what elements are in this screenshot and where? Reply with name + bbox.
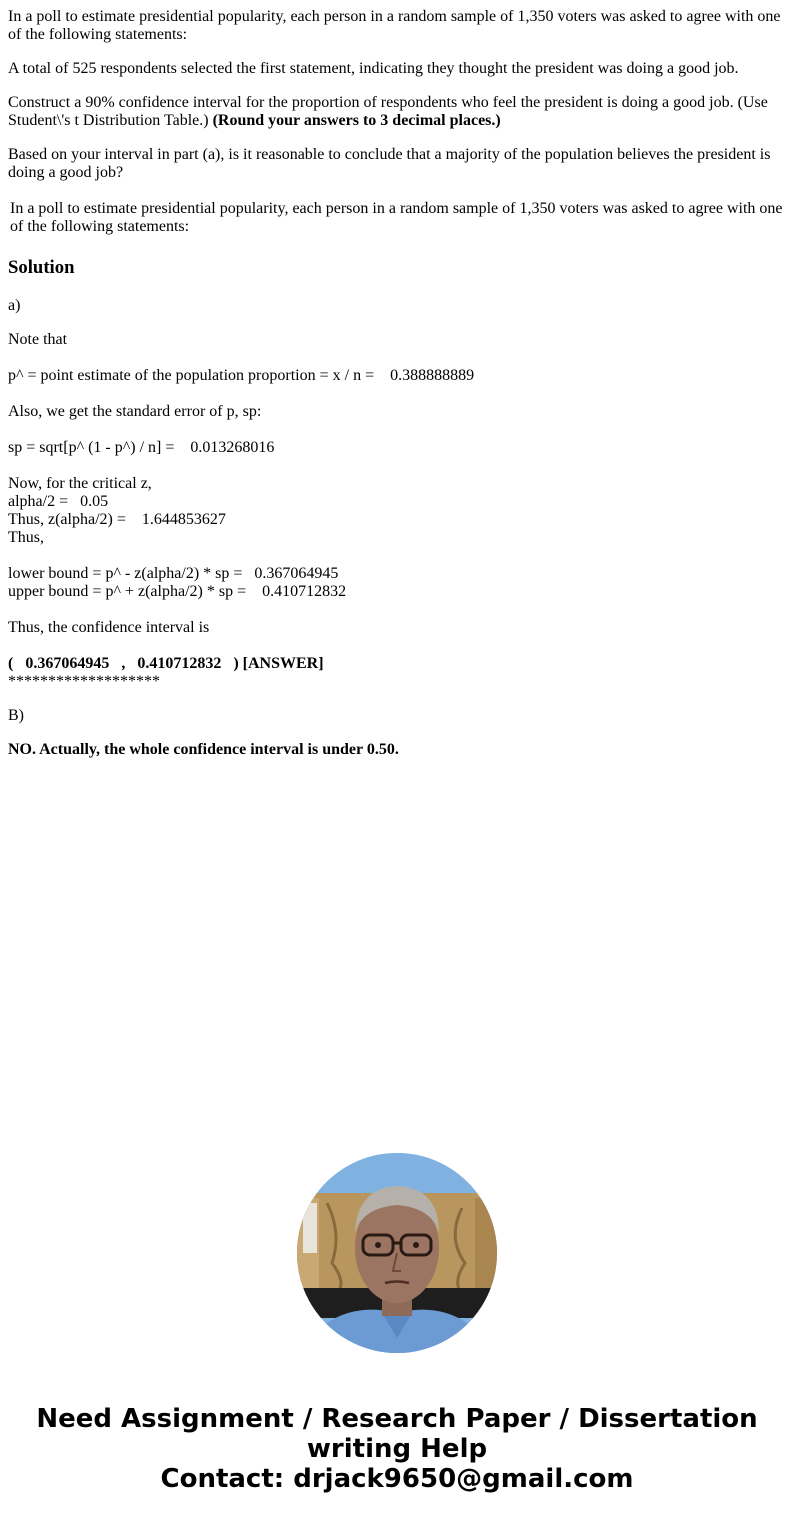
standard-error-formula: sp = sqrt[p^ (1 - p^) / n] = 0.013268016 — [8, 439, 274, 457]
promo-contact-email: Contact: drjack9650@gmail.com — [0, 1464, 794, 1494]
ci-intro: Thus, the confidence interval is — [8, 619, 209, 637]
question-intro: In a poll to estimate presidential popul… — [8, 8, 786, 44]
separator-stars: ******************* — [8, 673, 160, 691]
upper-bound: upper bound = p^ + z(alpha/2) * sp = 0.4… — [8, 583, 346, 601]
profile-photo-icon — [297, 1153, 497, 1353]
solution-heading: Solution — [8, 257, 74, 279]
thus-line: Thus, — [8, 529, 44, 547]
lower-bound: lower bound = p^ - z(alpha/2) * sp = 0.3… — [8, 565, 338, 583]
question-part-a: Construct a 90% confidence interval for … — [8, 94, 786, 130]
promo-line-1: Need Assignment / Research Paper / Disse… — [0, 1404, 794, 1434]
part-b-answer: NO. Actually, the whole confidence inter… — [8, 741, 399, 759]
critical-z-intro: Now, for the critical z, — [8, 475, 152, 493]
confidence-interval-answer: ( 0.367064945 , 0.410712832 ) [ANSWER] — [8, 655, 324, 673]
point-estimate: p^ = point estimate of the population pr… — [8, 367, 474, 385]
rounding-instruction: (Round your answers to 3 decimal places.… — [213, 112, 501, 129]
standard-error-intro: Also, we get the standard error of p, sp… — [8, 403, 261, 421]
part-b-label: B) — [8, 707, 24, 725]
question-part-b: Based on your interval in part (a), is i… — [8, 146, 786, 182]
promo-line-2: writing Help — [0, 1434, 794, 1464]
z-value: Thus, z(alpha/2) = 1.644853627 — [8, 511, 226, 529]
alpha-half: alpha/2 = 0.05 — [8, 493, 108, 511]
question-repeat: In a poll to estimate presidential popul… — [10, 200, 790, 236]
promo-banner: Need Assignment / Research Paper / Disse… — [0, 1404, 794, 1494]
note-that: Note that — [8, 331, 67, 349]
question-count: A total of 525 respondents selected the … — [8, 60, 786, 78]
part-a-label: a) — [8, 297, 20, 315]
